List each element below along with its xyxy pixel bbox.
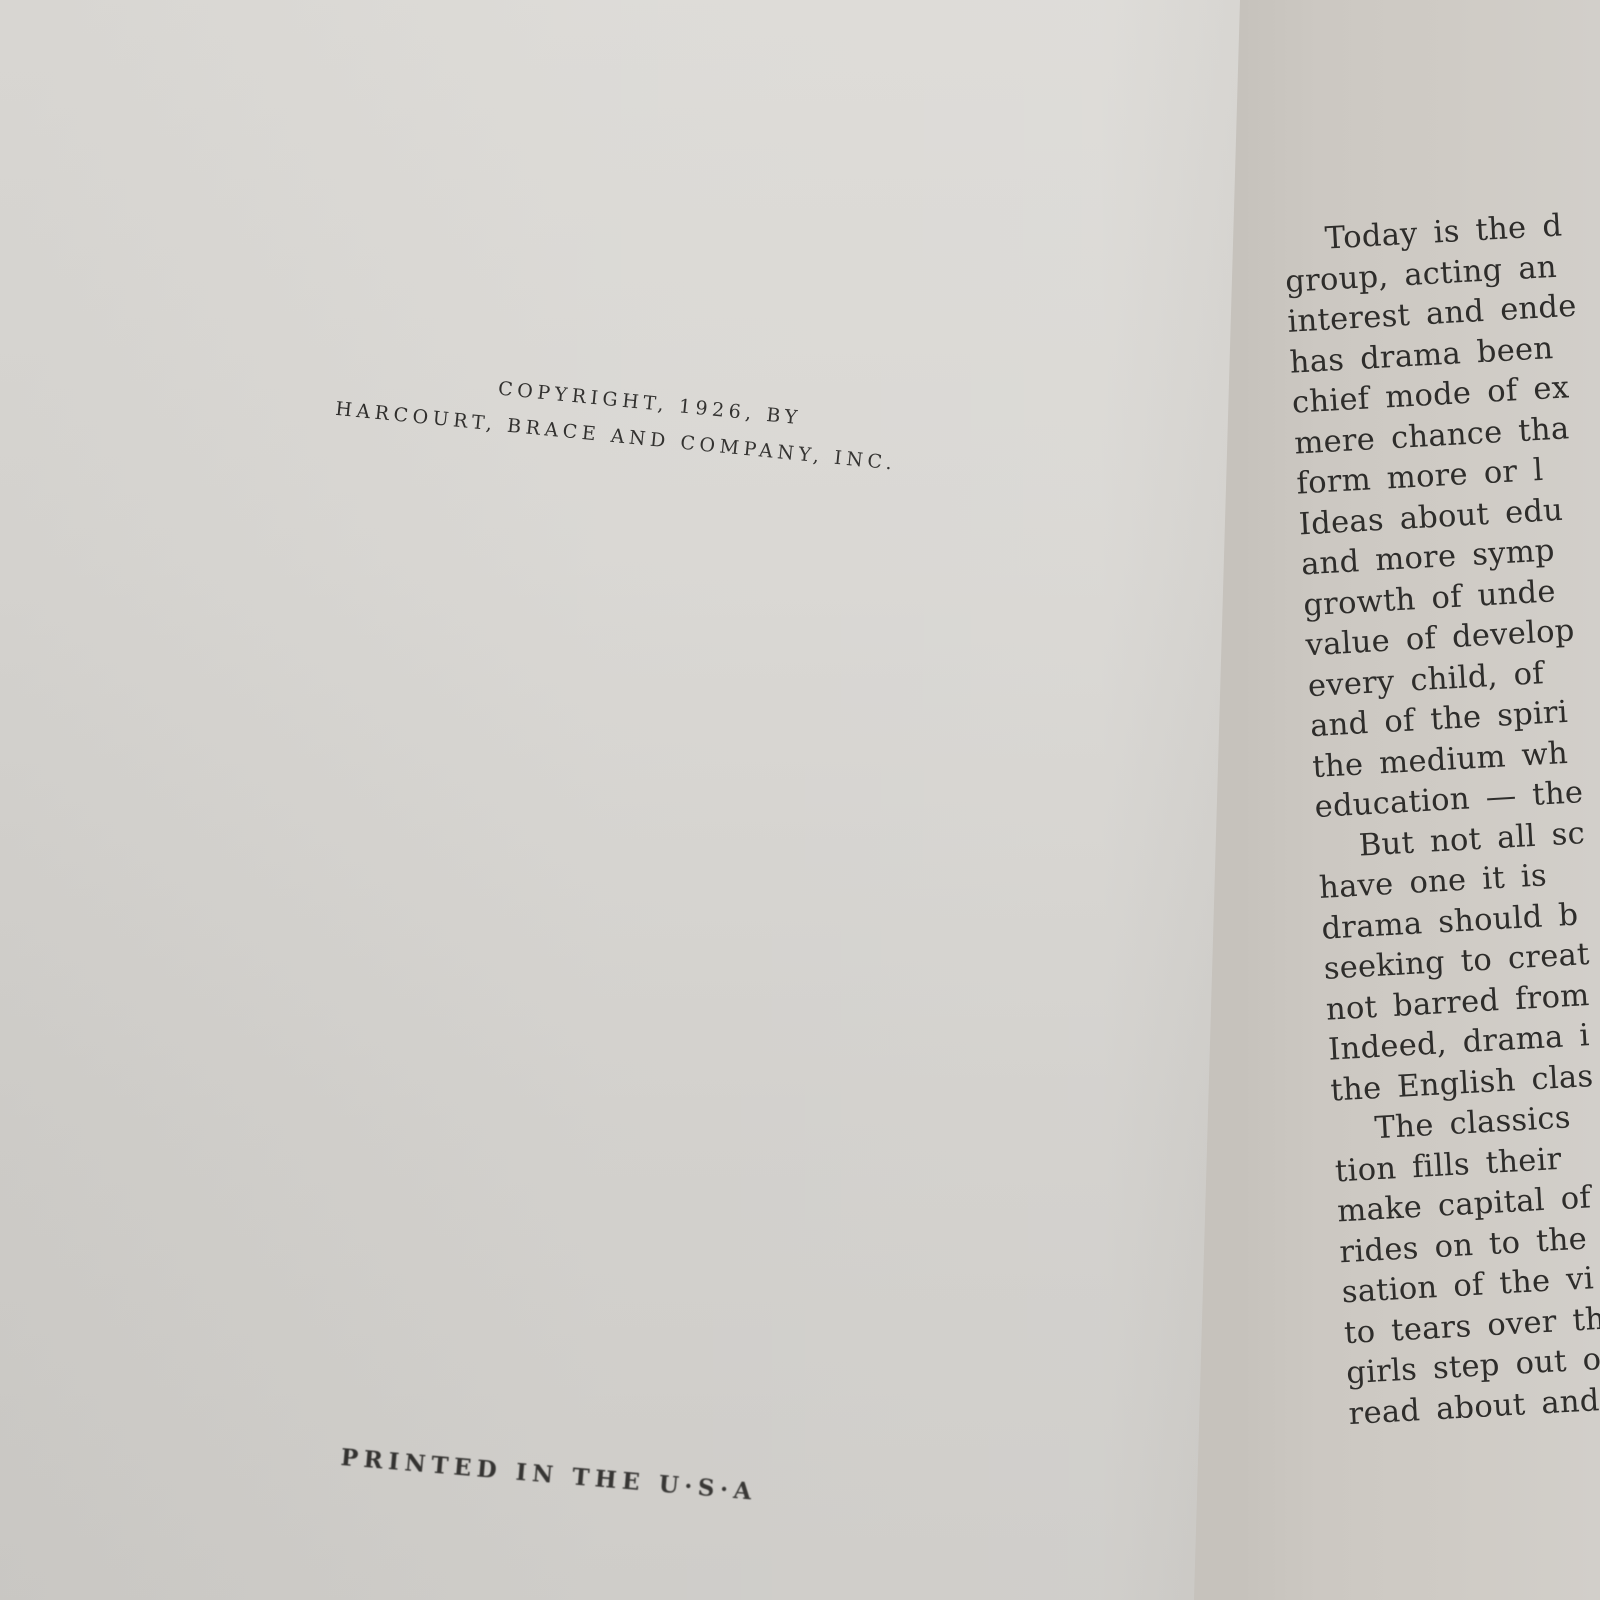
copyright-notice: COPYRIGHT, 1926, BY HARCOURT, BRACE AND …	[334, 362, 901, 475]
printed-in-usa: PRINTED IN THE U·S·A	[340, 1444, 758, 1506]
right-page-body-text: Today is the d group, acting an interest…	[1282, 193, 1600, 1435]
open-book-spread: Today is the d group, acting an interest…	[0, 0, 1600, 1600]
